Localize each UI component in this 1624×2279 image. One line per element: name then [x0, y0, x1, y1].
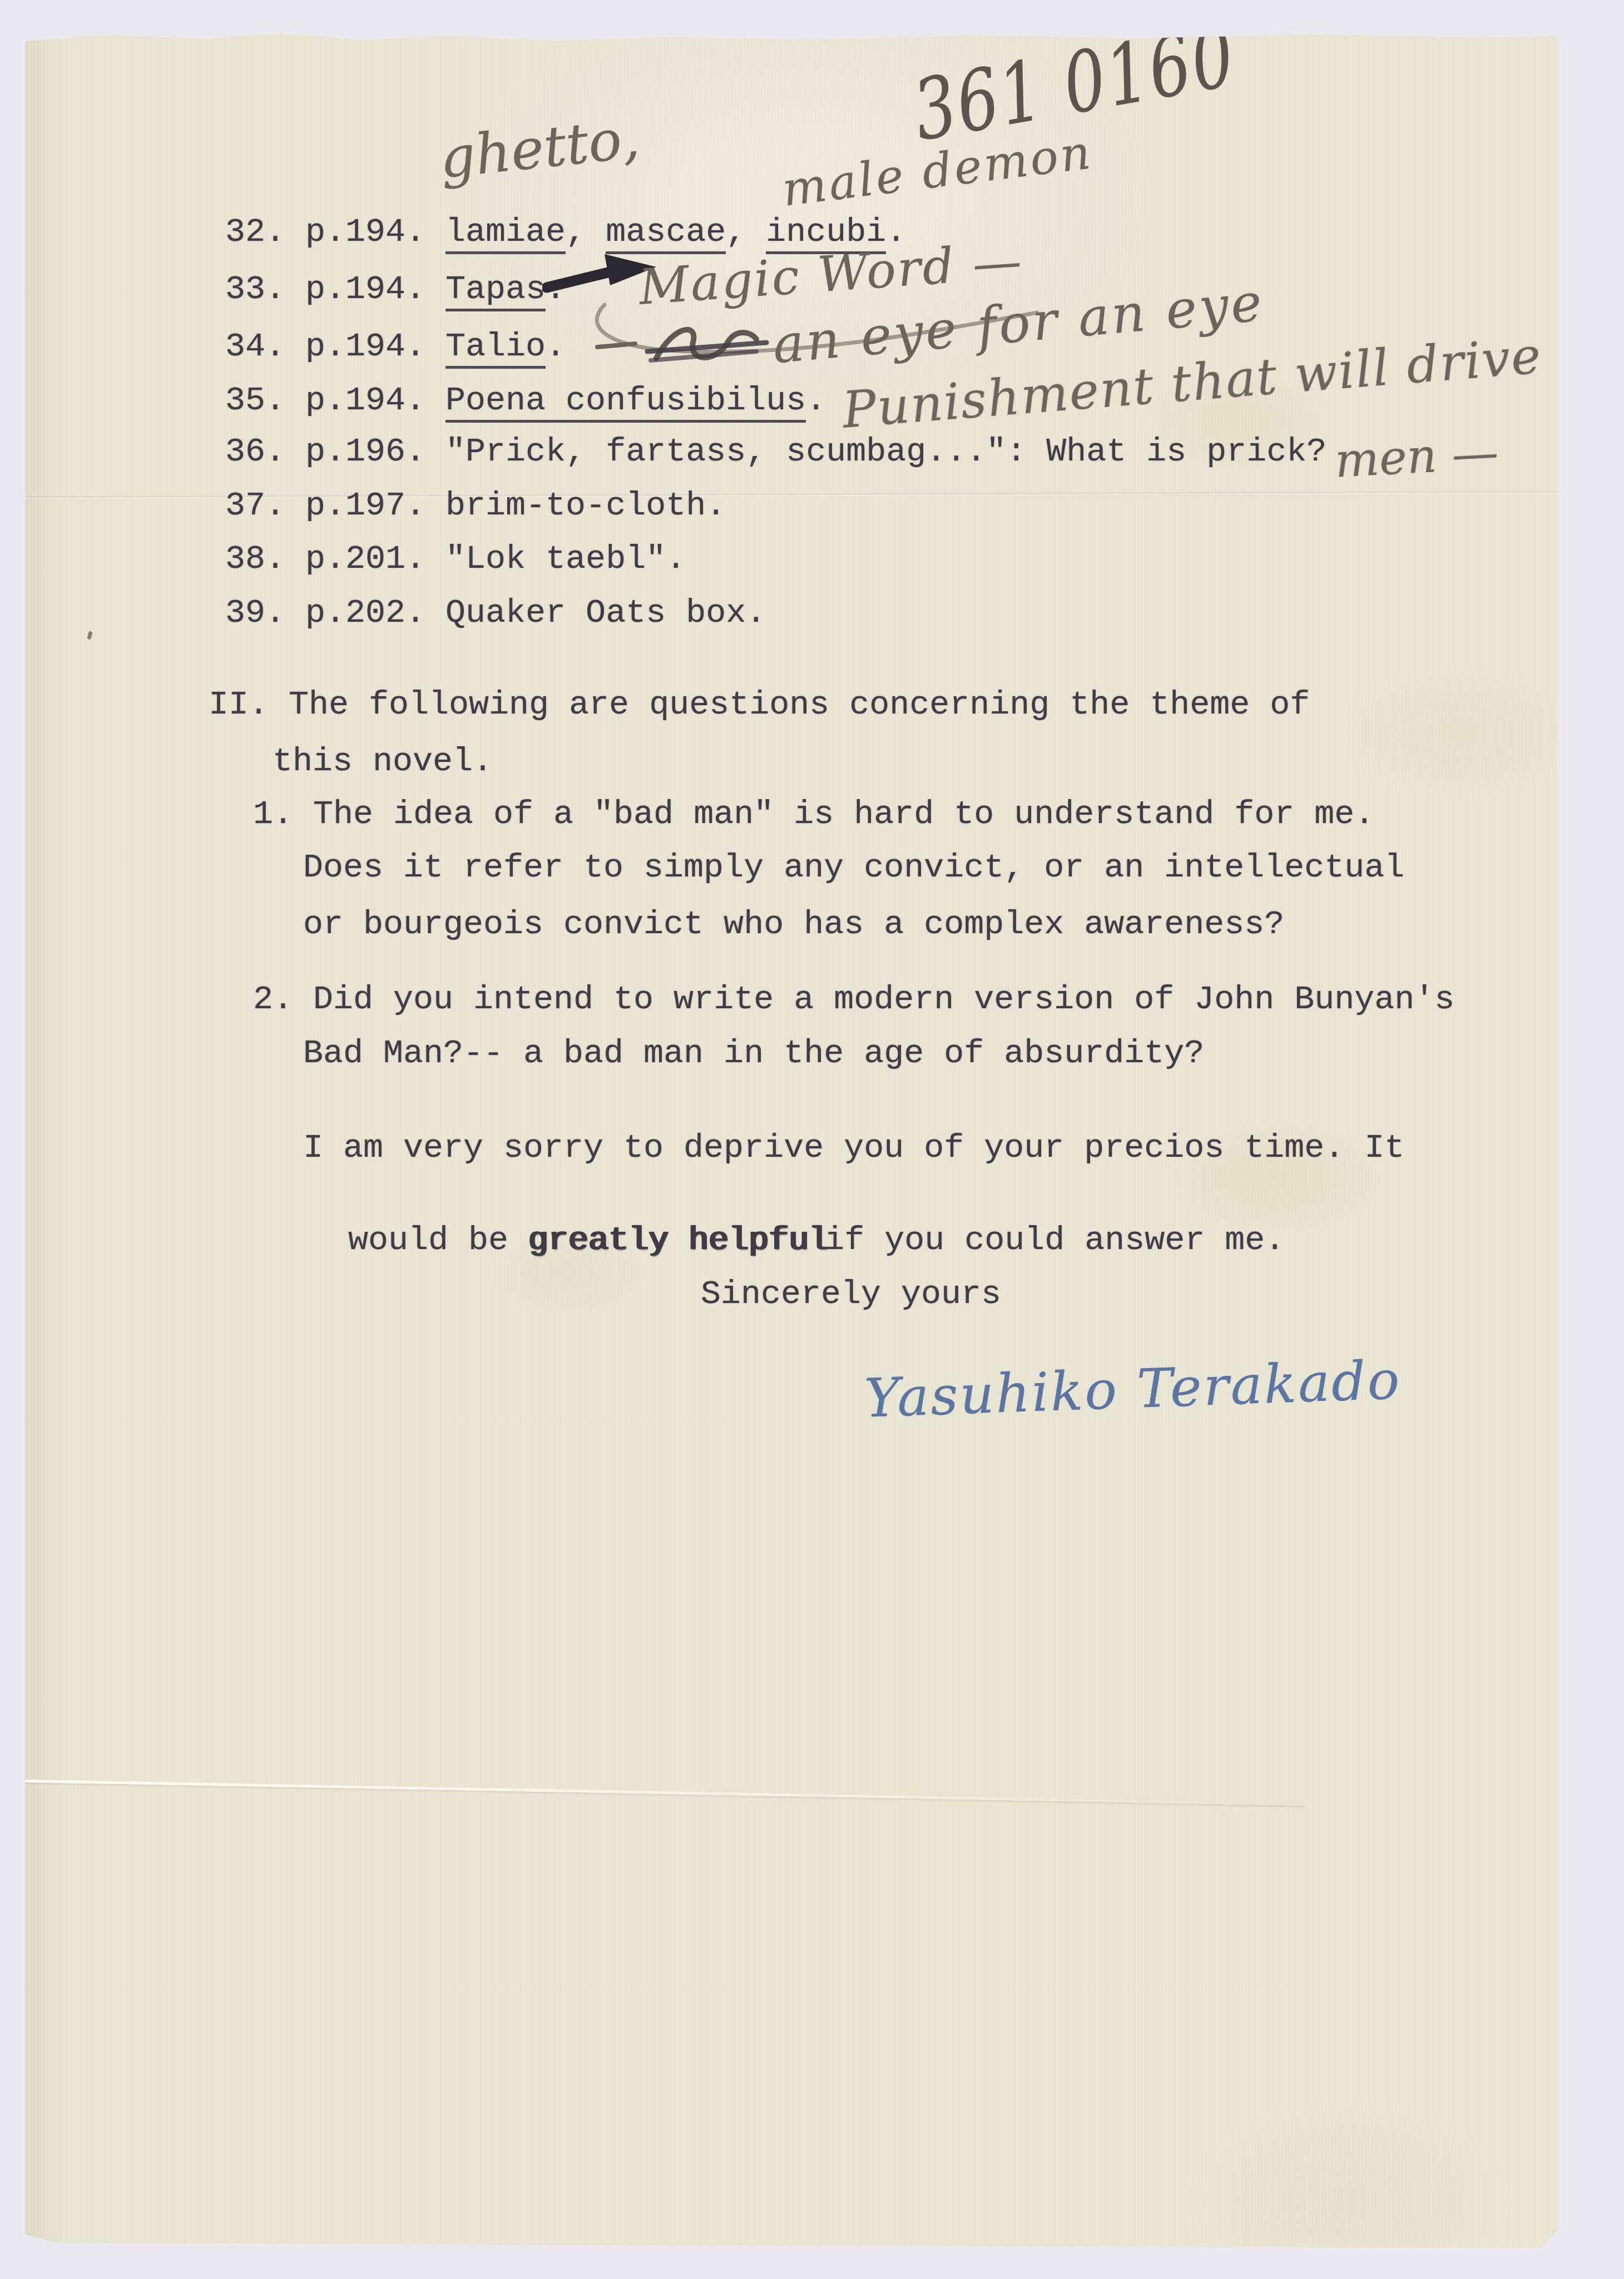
list-item-number: 35.: [225, 382, 305, 420]
list-item-number: 38.: [225, 541, 305, 578]
list-item: 39. p.202. Quaker Oats box.: [225, 595, 766, 632]
list-item-text: "Prick, fartass, scumbag...": What is pr…: [445, 433, 1326, 471]
scribbled-out-word-icon: [590, 310, 801, 374]
question-2-line2: Bad Man?-- a bad man in the age of absur…: [303, 1036, 1204, 1072]
list-item: 35. p.194. Poena confusibilus.: [225, 383, 826, 419]
page-reference: p.194.: [305, 328, 445, 366]
list-item: 38. p.201. "Lok taebl".: [225, 541, 686, 578]
page-reference: p.196.: [305, 433, 445, 471]
list-item: 37. p.197. brim-to-cloth.: [225, 488, 726, 524]
question-1-line2: Does it refer to simply any convict, or …: [303, 850, 1404, 886]
list-item-text: "Lok taebl".: [445, 541, 686, 578]
list-item-number: 34.: [225, 328, 305, 366]
question-1-line1: 1. The idea of a "bad man" is hard to un…: [253, 796, 1374, 833]
list-item: 33. p.194. Tapas.: [225, 271, 566, 308]
closing-line2-post: if you could answer me.: [824, 1222, 1285, 1260]
list-item-term-underlined: Talio: [445, 328, 546, 369]
list-item-text: .: [546, 328, 566, 366]
list-item-number: 39.: [225, 594, 305, 632]
closing-line2-overstruck: greatly helpful: [528, 1222, 829, 1260]
list-item-text: brim-to-cloth.: [445, 487, 726, 525]
valediction: Sincerely yours: [701, 1276, 1001, 1313]
list-item-term-underlined: Poena confusibilus: [445, 382, 806, 423]
paper-crease-fold-lower: [25, 1780, 1304, 1806]
list-item-text: Quaker Oats box.: [445, 594, 766, 632]
ink-speck: [87, 631, 92, 640]
closing-line1: I am very sorry to deprive you of your p…: [303, 1130, 1404, 1167]
question-2-line1: 2. Did you intend to write a modern vers…: [253, 982, 1454, 1018]
page-reference: p.194.: [305, 271, 445, 309]
list-item: 32. p.194. lamiae, mascae, incubi.: [225, 214, 906, 251]
list-item: 36. p.196. "Prick, fartass, scumbag...":…: [225, 434, 1326, 470]
closing-line2-pre: would be: [348, 1222, 528, 1260]
list-item-number: 37.: [225, 487, 305, 525]
ghetto-annotation: ghetto,: [437, 106, 642, 191]
list-item-text: ,: [566, 214, 606, 251]
list-item-number: 36.: [225, 433, 305, 471]
list-item-term-underlined: Tapas: [445, 271, 546, 311]
scanned-letter-page: 361 0160 ghetto, male demon 32. p.194. l…: [0, 0, 1624, 2279]
section-ii-header-line1: II. The following are questions concerni…: [209, 687, 1310, 724]
page-reference: p.194.: [305, 214, 445, 251]
page-reference: p.194.: [305, 382, 445, 420]
list-item-number: 33.: [225, 271, 305, 309]
list-item-number: 32.: [225, 214, 305, 251]
page-reference: p.201.: [305, 541, 445, 578]
paper-sheet: 361 0160 ghetto, male demon 32. p.194. l…: [25, 32, 1558, 2248]
list-item: 34. p.194. Talio.: [225, 329, 566, 365]
page-reference: p.197.: [305, 487, 445, 525]
list-item-text: .: [806, 382, 826, 420]
signature: Yasuhiko Terakado: [863, 1349, 1402, 1430]
page-reference: p.202.: [305, 594, 445, 632]
punishment-annotation-line2: men —: [1334, 425, 1500, 488]
list-item-text: ,: [726, 214, 766, 251]
section-ii-header-line2: this novel.: [273, 744, 493, 780]
question-1-line3: or bourgeois convict who has a complex a…: [303, 906, 1284, 943]
